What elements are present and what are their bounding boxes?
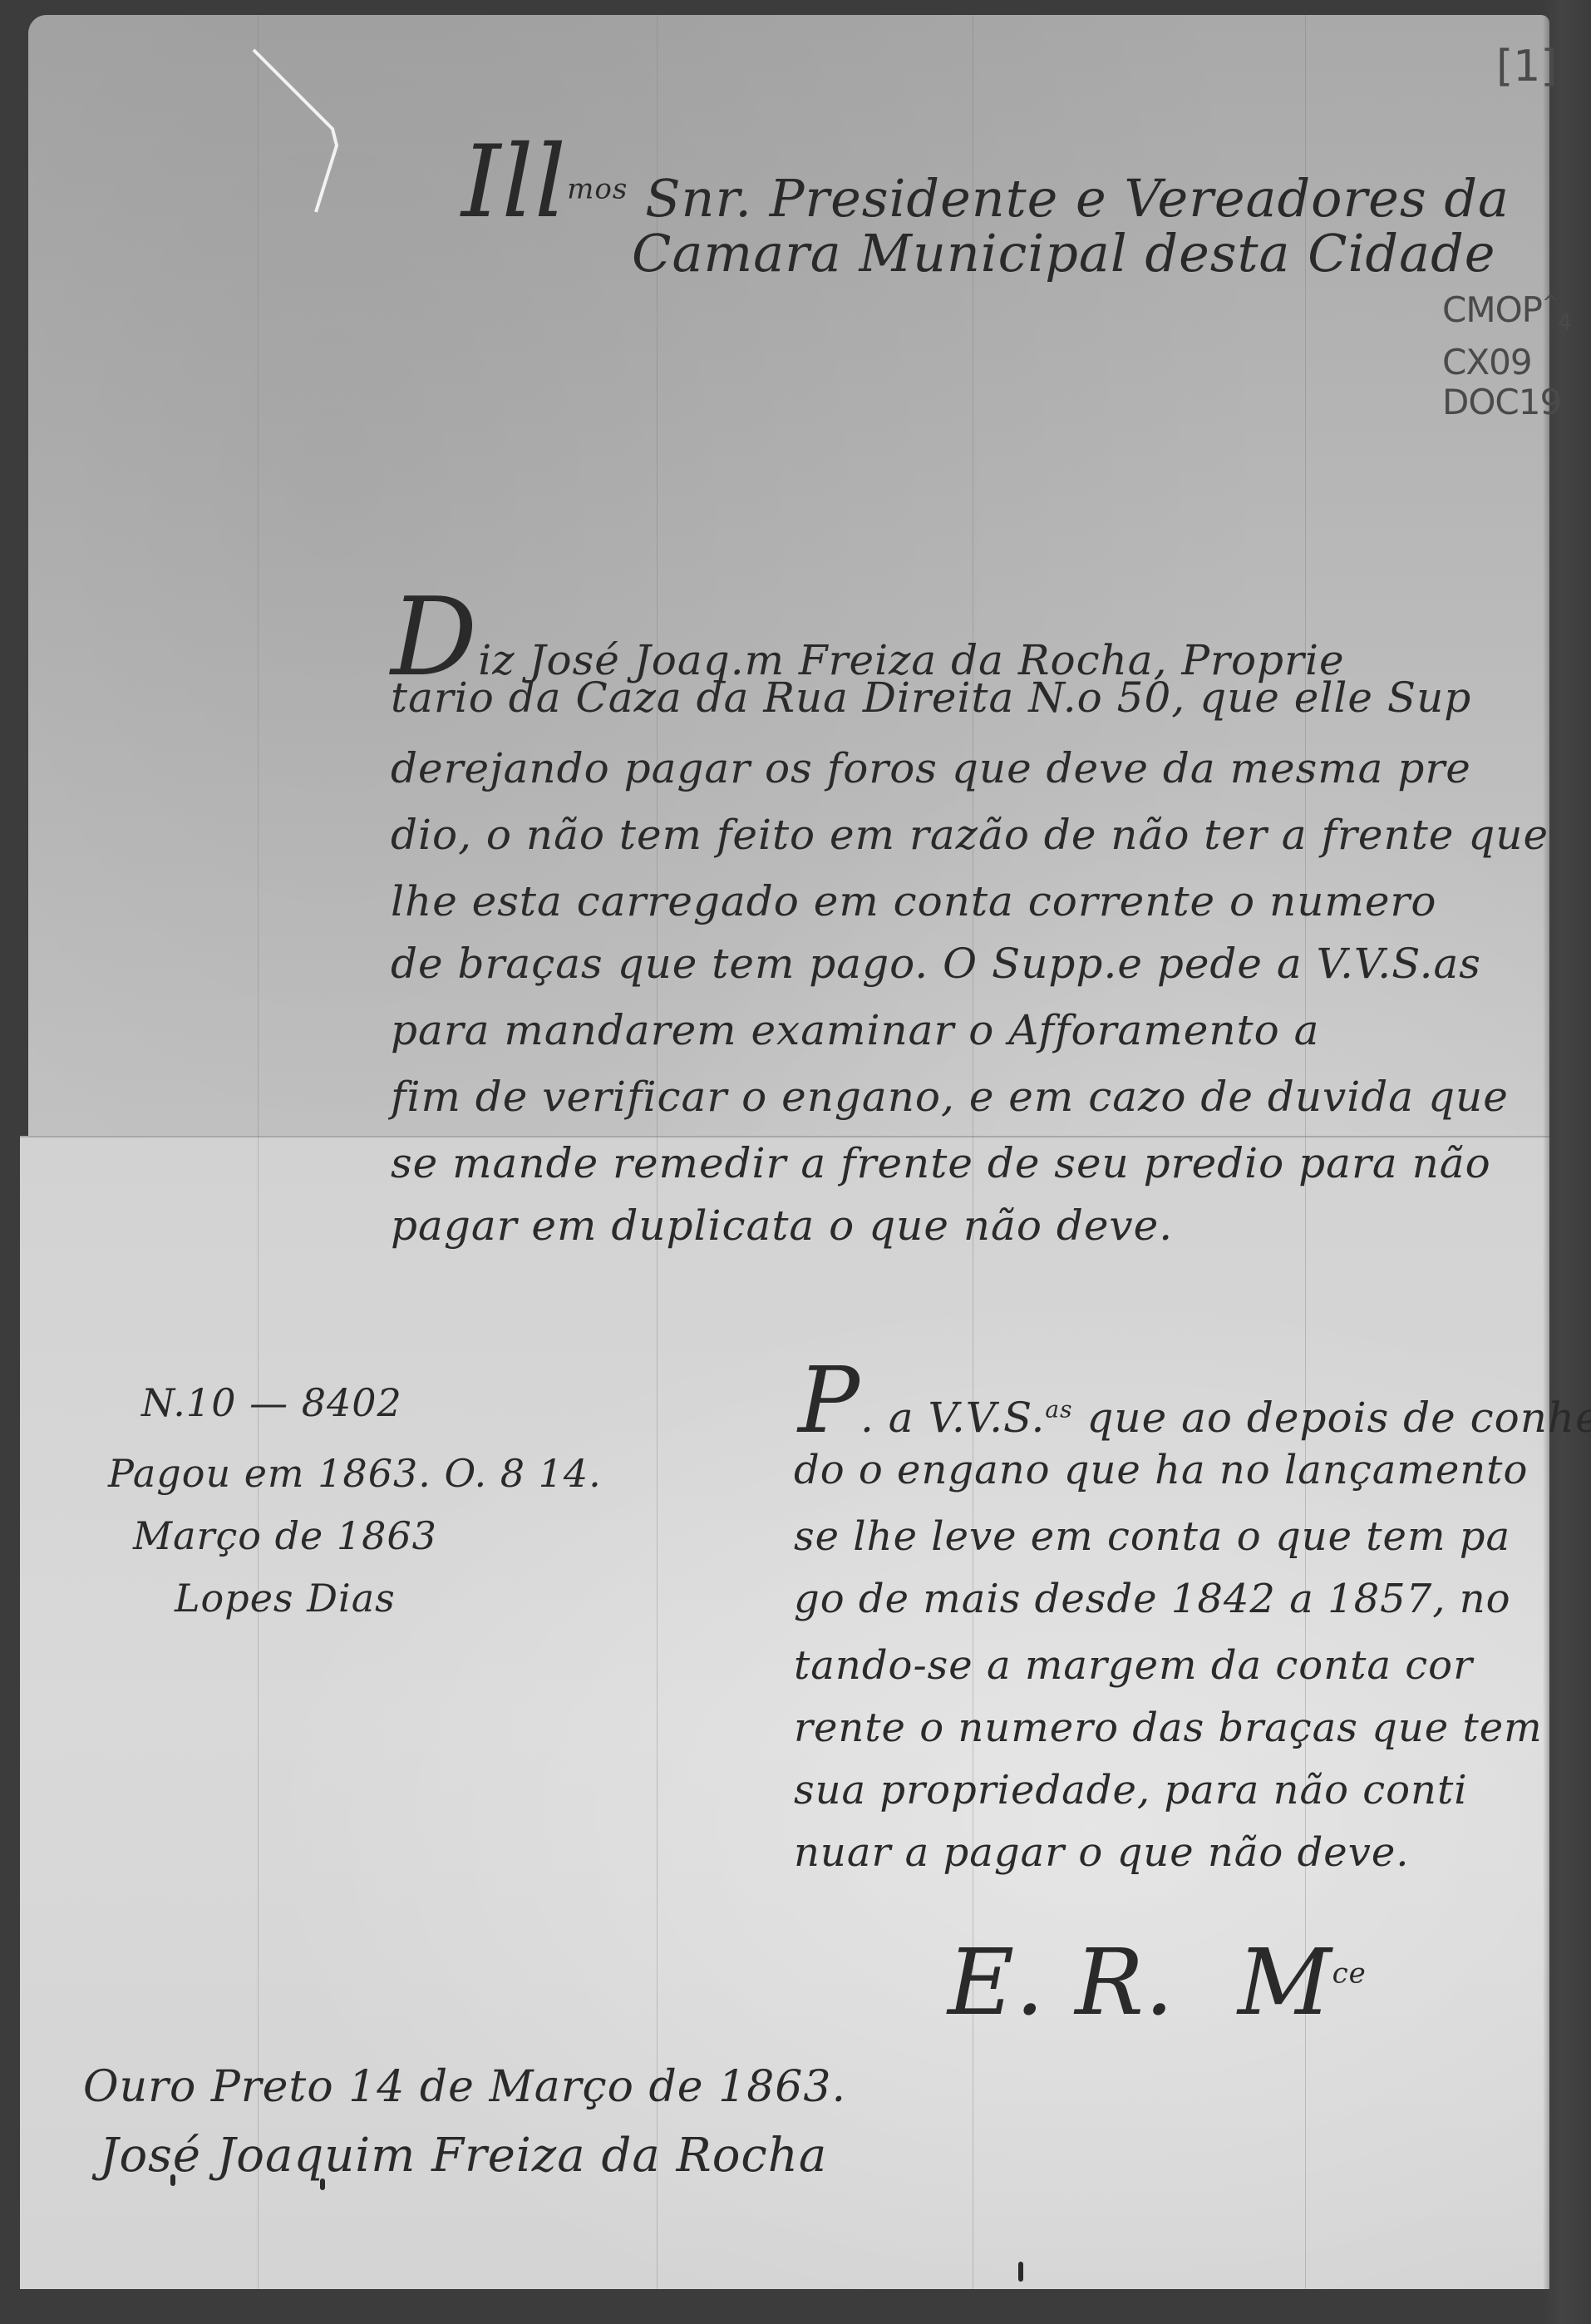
dateline: Ouro Preto 14 de Março de 1863.: [83, 2062, 846, 2112]
petitioner-signature: José Joaquim Freiza da Rocha: [100, 2129, 827, 2183]
petition-line: se mande remedir a frente de seu predio …: [391, 1139, 1491, 1187]
paper-scratch-mark: [249, 46, 349, 229]
paper-vertical-rule: [258, 15, 259, 2289]
salutation-superscript: mos: [567, 172, 628, 205]
archive-box-code: CX09: [1442, 343, 1571, 382]
archive-reference-stamp: CMOP^4 CX09 DOC19: [1442, 283, 1571, 422]
archive-document-code: DOC19: [1442, 382, 1571, 422]
ink-speck: [320, 2178, 325, 2190]
archive-fund-code: CMOP: [1442, 289, 1542, 330]
margin-note-line: N.10 — 8402: [141, 1380, 402, 1425]
folio-number: [1]: [1496, 42, 1558, 91]
request-line: rente o numero das braças que tem: [794, 1705, 1543, 1751]
petition-line: para mandarem examinar o Afforamento a: [391, 1006, 1319, 1054]
petition-line: lhe esta carregado em conta corrente o n…: [391, 877, 1436, 925]
petition-line: dio, o não tem feito em razão de não ter…: [391, 811, 1549, 859]
request-line: nuar a pagar o que não deve.: [794, 1829, 1409, 1876]
archive-fund-subscript: 4: [1558, 310, 1571, 335]
ink-speck: [170, 2174, 175, 2186]
petition-line: pagar em duplicata o que não deve.: [391, 1201, 1173, 1250]
fold-line: [20, 1136, 1549, 1137]
petition-line: derejando pagar os foros que deve da mes…: [391, 744, 1471, 792]
margin-note-line: Pagou em 1863. O. 8 14.: [108, 1451, 602, 1496]
request-line: P. a V.V.S.as que ao depois de conheci: [798, 1347, 1591, 1453]
salutation-initial: Ill: [461, 125, 567, 240]
archive-fund-superscript: ^: [1542, 291, 1558, 314]
request-line: tando-se a margem da conta cor: [794, 1642, 1473, 1689]
request-line: se lhe leve em conta o que tem pa: [794, 1513, 1510, 1560]
closing-mce-superscript: ce: [1332, 1956, 1367, 1990]
request-line: go de mais desde 1842 a 1857, no: [794, 1576, 1511, 1622]
margin-note-signatures: Lopes Dias: [175, 1576, 396, 1621]
closing-mce: M: [1238, 1929, 1332, 2035]
request-opening-superscript: as: [1045, 1395, 1072, 1423]
addressee-line-2: Camara Municipal desta Cidade: [632, 223, 1495, 284]
request-line: sua propriedade, para não conti: [794, 1767, 1468, 1813]
request-opening-abbrev: . a V.V.S.: [860, 1394, 1045, 1442]
addressee-title: Snr. Presidente e Vereadores da: [645, 168, 1510, 229]
petition-line: de braças que tem pago. O Supp.e pede a …: [391, 940, 1481, 988]
request-opening-capital: P: [798, 1347, 860, 1453]
ink-speck: [1018, 2262, 1023, 2282]
petition-line: fim de verificar o engano, e em cazo de …: [391, 1073, 1509, 1121]
closing-text: E. R.: [948, 1929, 1175, 2035]
request-line: do o engano que ha no lançamento: [794, 1447, 1528, 1493]
closing-formula: E. R. Mce: [948, 1929, 1367, 2035]
margin-note-line: Março de 1863: [133, 1513, 437, 1558]
petition-line: tario da Caza da Rua Direita N.o 50, que…: [391, 674, 1471, 722]
